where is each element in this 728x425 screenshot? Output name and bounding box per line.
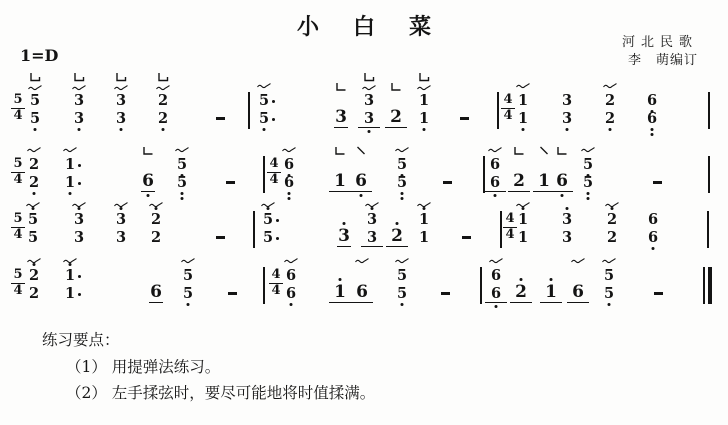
beam-underline <box>329 191 351 192</box>
note-digit-bottom: 5 <box>604 286 614 301</box>
gliss-ornament-icon <box>418 72 430 83</box>
note-digit-bottom: 2 <box>29 286 39 301</box>
note-digit-top: 5 <box>397 157 407 172</box>
vibrato-ornament-icon <box>181 257 196 265</box>
vibrato-ornament-icon <box>175 146 190 154</box>
duration-dash <box>441 292 450 295</box>
barline <box>248 92 250 129</box>
note-digit-bottom: 3 <box>367 230 377 245</box>
score-line-4: 542211655446616556621655 <box>0 249 728 315</box>
note-digit-top: 2 <box>605 93 615 108</box>
gliss-ornament-icon <box>157 72 169 83</box>
note-digit-top: 2 <box>151 212 161 227</box>
gliss-ornament-icon <box>29 72 41 83</box>
note-digit-top: 1 <box>518 93 528 108</box>
octave-dot-above <box>566 207 569 210</box>
duration-dash <box>226 181 235 184</box>
octave-dot-above <box>33 263 36 266</box>
augmentation-dot <box>78 182 81 185</box>
augmentation-dot <box>272 118 275 121</box>
note-digit-bottom: 1 <box>419 230 429 245</box>
duration-dash <box>460 117 469 120</box>
octave-dot-above <box>78 207 81 210</box>
octave-dot-below <box>495 305 498 308</box>
beam-underline <box>358 127 380 128</box>
vibrato-ornament-icon <box>571 257 586 265</box>
time-signature-denominator: 4 <box>269 173 278 186</box>
octave-dot-above <box>69 263 72 266</box>
note-digit-top: 5 <box>604 268 614 283</box>
barline <box>480 267 482 304</box>
octave-dot-below <box>78 128 81 131</box>
time-signature-denominator: 4 <box>505 228 514 241</box>
beam-underline <box>484 191 506 192</box>
octave-dot-below <box>34 128 37 131</box>
time-signature-denominator: 4 <box>13 284 22 297</box>
octave-dot-above <box>267 207 270 210</box>
sheet-music-page: 小白菜 河北民歌 李 萌编订 1=D 545533332255333211441… <box>0 0 728 425</box>
time-signature-denominator: 4 <box>13 109 22 122</box>
octave-dot-above <box>343 222 346 225</box>
octave-dot-below <box>608 303 611 306</box>
octave-dot-above <box>371 207 374 210</box>
octave-dot-above <box>396 222 399 225</box>
vibrato-ornament-icon <box>284 257 299 265</box>
downslide-ornament-icon <box>540 146 549 155</box>
credit-editor: 李 萌编订 <box>622 52 698 70</box>
note-digit: 2 <box>515 283 527 301</box>
octave-dot-below <box>162 128 165 131</box>
pluck-ornament-icon <box>514 146 525 156</box>
note-digit-bottom: 5 <box>583 175 593 190</box>
beam-underline <box>540 302 562 303</box>
vibrato-ornament-icon <box>282 146 297 154</box>
vibrato-ornament-icon <box>516 82 531 90</box>
beam-underline <box>337 246 351 247</box>
note-digit-top: 3 <box>116 212 126 227</box>
barline <box>500 211 502 248</box>
note-digit-top: 5 <box>177 157 187 172</box>
note-digit-bottom: 5 <box>397 175 407 190</box>
downslide-ornament-icon <box>357 146 366 155</box>
barline <box>263 267 265 304</box>
vibrato-ornament-icon <box>114 84 129 92</box>
vibrato-ornament-icon <box>603 82 618 90</box>
note-digit: 2 <box>391 227 403 245</box>
note-digit-top: 5 <box>28 212 38 227</box>
note-digit-top: 3 <box>562 93 572 108</box>
note-digit-top: 5 <box>183 268 193 283</box>
note-digit-top: 1 <box>65 268 75 283</box>
pluck-ornament-icon <box>391 82 402 92</box>
note-digit-bottom: 5 <box>263 230 273 245</box>
vibrato-ornament-icon <box>27 146 42 154</box>
note-digit-top: 6 <box>490 157 500 172</box>
gliss-ornament-icon <box>73 72 85 83</box>
time-signature-denominator: 4 <box>13 228 22 241</box>
beam-underline <box>510 302 532 303</box>
note-digit: 3 <box>335 108 347 126</box>
duration-dash <box>216 117 225 120</box>
note-digit-top: 2 <box>607 212 617 227</box>
note-digit-bottom: 6 <box>286 286 296 301</box>
octave-dot-below <box>263 128 266 131</box>
practice-note-item: （2） 左手揉弦时，要尽可能地将时值揉满。 <box>66 381 375 403</box>
vibrato-ornament-icon <box>72 84 87 92</box>
note-digit-bottom: 5 <box>28 230 38 245</box>
pluck-ornament-icon <box>336 82 347 92</box>
note-digit: 6 <box>556 172 568 190</box>
note-digit: 2 <box>390 108 402 126</box>
note-digit-top: 5 <box>397 268 407 283</box>
barline <box>707 211 709 248</box>
barline <box>708 156 710 193</box>
note-digit-bottom: 6 <box>648 230 658 245</box>
vibrato-ornament-icon <box>395 257 410 265</box>
beam-underline <box>334 127 348 128</box>
note-digit-bottom: 2 <box>29 175 39 190</box>
beam-underline <box>508 191 530 192</box>
time-signature-denominator: 4 <box>13 173 22 186</box>
octave-dot-below <box>423 128 426 131</box>
pluck-ornament-icon <box>557 146 568 156</box>
note-digit: 6 <box>572 283 584 301</box>
octave-dot-below <box>651 133 654 136</box>
note-digit-top: 1 <box>518 212 528 227</box>
song-title: 小白菜 <box>0 10 728 41</box>
note-digit-top: 2 <box>29 268 39 283</box>
vibrato-ornament-icon <box>63 146 78 154</box>
note-digit: 1 <box>334 283 346 301</box>
note-digit-top: 6 <box>648 212 658 227</box>
octave-dot-below <box>651 128 654 131</box>
note-digit-top: 2 <box>29 157 39 172</box>
octave-dot-below <box>120 128 123 131</box>
beam-underline <box>361 246 383 247</box>
pluck-ornament-icon <box>143 146 154 156</box>
final-barline-thick <box>708 267 712 304</box>
time-signature-numerator: 4 <box>271 268 280 281</box>
beam-underline <box>149 302 163 303</box>
octave-dot-above <box>120 207 123 210</box>
note-digit-top: 5 <box>259 93 269 108</box>
gliss-ornament-icon <box>115 72 127 83</box>
beam-underline <box>329 302 351 303</box>
note-digit-bottom: 6 <box>284 175 294 190</box>
note-digit-top: 3 <box>364 93 374 108</box>
vibrato-ornament-icon <box>156 84 171 92</box>
note-digit-bottom: 5 <box>259 111 269 126</box>
octave-dot-below <box>401 303 404 306</box>
note-digit: 3 <box>338 227 350 245</box>
note-digit-bottom: 2 <box>151 230 161 245</box>
note-digit-bottom: 2 <box>605 111 615 126</box>
note-digit-top: 5 <box>263 212 273 227</box>
octave-dot-above <box>423 207 426 210</box>
note-digit-top: 1 <box>419 212 429 227</box>
note-digit-bottom: 1 <box>419 111 429 126</box>
note-digit: 1 <box>538 172 550 190</box>
augmentation-dot <box>276 237 279 240</box>
octave-dot-above <box>339 278 342 281</box>
note-digit-top: 3 <box>367 212 377 227</box>
octave-dot-above <box>32 207 35 210</box>
time-signature-numerator: 4 <box>503 93 512 106</box>
note-digit: 6 <box>150 283 162 301</box>
note-digit: 1 <box>545 283 557 301</box>
duration-dash <box>216 236 225 239</box>
note-digit: 2 <box>513 172 525 190</box>
note-digit-bottom: 3 <box>562 111 572 126</box>
note-digit-bottom: 6 <box>490 175 500 190</box>
note-digit-top: 6 <box>491 268 501 283</box>
time-signature-numerator: 5 <box>13 93 22 106</box>
note-digit-bottom: 5 <box>30 111 40 126</box>
note-digit-bottom: 1 <box>518 230 528 245</box>
beam-underline <box>351 302 373 303</box>
note-digit-bottom: 1 <box>65 286 75 301</box>
note-digit: 6 <box>356 283 368 301</box>
octave-dot-below <box>609 128 612 131</box>
octave-dot-below <box>290 303 293 306</box>
beam-underline <box>485 302 507 303</box>
vibrato-ornament-icon <box>257 82 272 90</box>
barline <box>497 92 499 129</box>
vibrato-ornament-icon <box>355 257 370 265</box>
vibrato-ornament-icon <box>417 84 432 92</box>
note-digit-top: 3 <box>74 93 84 108</box>
vibrato-ornament-icon <box>395 146 410 154</box>
barline <box>483 156 485 193</box>
duration-dash <box>228 292 237 295</box>
octave-dot-above <box>550 278 553 281</box>
time-signature-numerator: 5 <box>13 212 22 225</box>
vibrato-ornament-icon <box>362 84 377 92</box>
pluck-ornament-icon <box>335 146 346 156</box>
time-signature-numerator: 4 <box>505 212 514 225</box>
note-digit-bottom: 1 <box>65 175 75 190</box>
augmentation-dot <box>272 100 275 103</box>
note-digit-top: 3 <box>74 212 84 227</box>
octave-dot-below <box>522 128 525 131</box>
note-digit-top: 1 <box>419 93 429 108</box>
note-digit-top: 5 <box>583 157 593 172</box>
vibrato-ornament-icon <box>489 257 504 265</box>
augmentation-dot <box>78 293 81 296</box>
time-signature-denominator: 4 <box>503 109 512 122</box>
note-digit-top: 1 <box>65 157 75 172</box>
augmentation-dot <box>78 275 81 278</box>
duration-dash <box>654 292 663 295</box>
octave-dot-below <box>566 128 569 131</box>
beam-underline <box>350 191 372 192</box>
duration-dash <box>653 181 662 184</box>
note-digit-top: 3 <box>562 212 572 227</box>
note-digit-bottom: 5 <box>183 286 193 301</box>
note-digit: 6 <box>355 172 367 190</box>
note-digit-bottom: 6 <box>647 111 657 126</box>
note-digit-bottom: 6 <box>491 286 501 301</box>
score-line-1: 5455333322553332114411332266 <box>0 74 728 140</box>
note-digit-bottom: 1 <box>518 111 528 126</box>
note-digit: 1 <box>334 172 346 190</box>
note-digit-top: 6 <box>647 93 657 108</box>
credit-source: 河北民歌 <box>622 34 698 52</box>
time-signature-numerator: 5 <box>13 268 22 281</box>
vibrato-ornament-icon <box>581 146 596 154</box>
barline <box>708 92 710 129</box>
vibrato-ornament-icon <box>28 84 43 92</box>
augmentation-dot <box>276 219 279 222</box>
time-signature-denominator: 4 <box>271 284 280 297</box>
beam-underline <box>386 246 408 247</box>
beam-underline <box>385 127 407 128</box>
practice-notes-heading: 练习要点： <box>42 328 120 350</box>
time-signature-numerator: 5 <box>13 157 22 170</box>
octave-dot-above <box>522 207 525 210</box>
octave-dot-above <box>520 278 523 281</box>
beam-underline <box>141 191 155 192</box>
note-digit-bottom: 5 <box>177 175 187 190</box>
beam-underline <box>551 191 573 192</box>
key-signature: 1=D <box>20 46 58 65</box>
vibrato-ornament-icon <box>602 257 617 265</box>
note-digit-bottom: 3 <box>364 111 374 126</box>
octave-dot-above <box>155 207 158 210</box>
duration-dash <box>443 181 452 184</box>
gliss-ornament-icon <box>363 72 375 83</box>
note-digit-bottom: 3 <box>74 111 84 126</box>
note-digit-bottom: 3 <box>74 230 84 245</box>
note-digit-bottom: 3 <box>562 230 572 245</box>
final-barline-thin <box>703 267 705 304</box>
augmentation-dot <box>78 164 81 167</box>
note-digit-top: 6 <box>284 157 294 172</box>
note-digit-bottom: 3 <box>116 111 126 126</box>
beam-underline <box>567 302 589 303</box>
practice-note-item: （1） 用提弹法练习。 <box>66 355 220 377</box>
octave-dot-below <box>187 303 190 306</box>
note-digit: 6 <box>142 172 154 190</box>
barline <box>263 156 265 193</box>
note-digit-top: 2 <box>158 93 168 108</box>
note-digit-top: 6 <box>286 268 296 283</box>
octave-dot-below <box>368 130 371 133</box>
credits: 河北民歌 李 萌编订 <box>622 34 698 70</box>
note-digit-top: 5 <box>30 93 40 108</box>
time-signature-numerator: 4 <box>269 157 278 170</box>
octave-dot-above <box>611 207 614 210</box>
note-digit-bottom: 2 <box>607 230 617 245</box>
note-digit-top: 3 <box>116 93 126 108</box>
note-digit-bottom: 5 <box>397 286 407 301</box>
duration-dash <box>462 236 471 239</box>
note-digit-bottom: 3 <box>116 230 126 245</box>
note-digit-bottom: 2 <box>158 111 168 126</box>
vibrato-ornament-icon <box>488 146 503 154</box>
barline <box>253 211 255 248</box>
